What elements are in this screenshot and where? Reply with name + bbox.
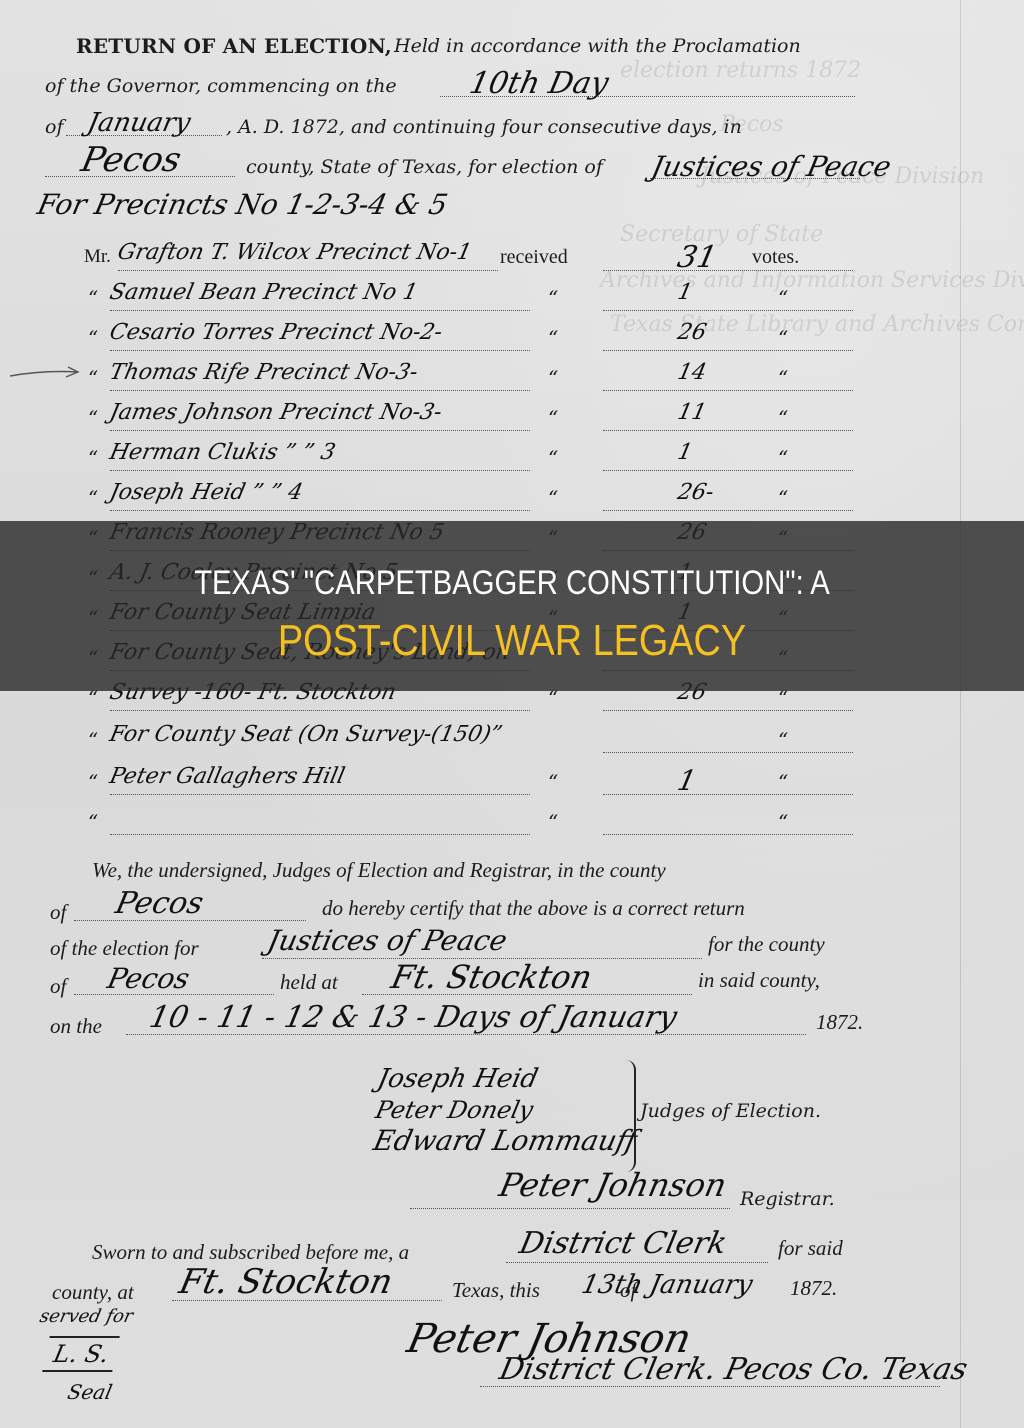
vote-count: 1 [675,440,694,465]
ditto-mark: “ [548,366,558,390]
heading-continuation: Held in accordance with the Proclamation [394,35,801,57]
certify-of-2: of [50,974,66,999]
candidate-name: Cesario Torres Precinct No-2- [107,320,444,345]
ditto-mark: “ [778,728,788,752]
fill-line [110,794,530,795]
registrar-label: Registrar. [740,1188,835,1210]
header-line-4: county, State of Texas, for election of [246,156,603,178]
vote-count: 1 [675,280,694,305]
vote-count: 14 [675,360,708,385]
fill-line [603,470,853,471]
ditto-mark: “ [88,446,98,470]
seal-note: L. S. [42,1336,120,1372]
ditto-mark: “ [88,770,98,794]
fill-line [603,390,853,391]
ditto-mark: “ [88,366,98,390]
table-row: “ For County Seat (On Survey-(150)” “ [88,722,828,762]
certify-of: of [50,900,66,925]
handwritten-county: Pecos [104,962,192,995]
fill-line [110,390,530,391]
fill-line [110,470,530,471]
ditto-mark: “ [88,810,98,834]
pencil-arrow-icon [8,366,80,380]
ditto-mark: “ [88,286,98,310]
title-overlay-band: TEXAS' "CARPETBAGGER CONSTITUTION": A PO… [0,521,1024,691]
ditto-mark: “ [778,366,788,390]
table-row: “ James Johnson Precinct No-3- “ 11 “ [88,400,828,440]
certify-line-3: of the election for [50,936,199,961]
judge-signature: Edward Lommauff [370,1124,639,1157]
ditto-mark: “ [88,486,98,510]
table-row: Grafton T. Wilcox Precinct No-1 31 [88,240,828,280]
document-heading: RETURN OF AN ELECTION, [76,34,392,58]
ditto-mark: “ [778,326,788,350]
seal-note: served for [38,1306,135,1327]
clerk-title: District Clerk. Pecos Co. Texas [496,1352,970,1387]
handwritten-place: Ft. Stockton [176,1262,396,1302]
ditto-mark: “ [778,286,788,310]
fill-line [110,430,530,431]
header-line-3-of: of [45,116,63,138]
header-line-2: of the Governor, commencing on the [45,75,397,97]
certify-line-1: We, the undersigned, Judges of Election … [92,858,666,883]
fill-line [110,350,530,351]
fill-line [603,510,853,511]
registrar-signature: Peter Johnson [496,1166,730,1204]
handwritten-month: January [85,108,193,138]
handwritten-day: 10th Day [466,66,611,101]
fill-line [603,270,853,271]
judge-signature: Joseph Heid [375,1064,541,1094]
page-edge-line [960,0,961,1428]
fill-line [603,834,853,835]
held-at-label: held at [280,970,338,995]
ditto-mark: “ [778,446,788,470]
table-row: “ Herman Clukis ” ” 3 “ 1 “ [88,440,828,480]
handwritten-county: Pecos [78,140,185,180]
of-label: of [620,1278,636,1303]
candidate-name: For County Seat (On Survey-(150)” [107,722,504,747]
ditto-mark: “ [88,326,98,350]
candidate-name: Joseph Heid ” ” 4 [107,480,305,505]
handwritten-office: Justices of Peace [264,924,510,957]
candidate-name: Peter Gallaghers Hill [107,764,347,789]
candidate-name: James Johnson Precinct No-3- [107,400,444,425]
ditto-mark: “ [88,728,98,752]
fill-line [110,710,530,711]
ditto-mark: “ [548,486,558,510]
fill-line [118,270,498,271]
ditto-mark: “ [548,810,558,834]
certify-line-4-end: in said county, [698,968,820,993]
handwritten-month: January [647,1270,755,1300]
vote-count: 26- [675,480,716,505]
header-line-3: , A. D. 1872, and continuing four consec… [226,116,742,138]
certify-line-3-end: for the county [708,932,825,957]
table-row: “ “ “ [88,804,828,844]
handwritten-place: Ft. Stockton [388,958,596,996]
handwritten-precincts: For Precincts No 1-2-3-4 & 5 [34,188,450,221]
sworn-line-2: county, at [52,1280,134,1305]
table-row: “ Cesario Torres Precinct No-2- “ 26 “ [88,320,828,360]
fill-line [110,834,530,835]
fill-line [110,510,530,511]
ditto-mark: “ [778,770,788,794]
ditto-mark: “ [548,770,558,794]
fill-line [603,350,853,351]
table-row: “ Thomas Rife Precinct No-3- “ 14 “ [88,360,828,400]
article-title-line-2: POST-CIVIL WAR LEGACY [72,616,953,666]
certify-line-2: do hereby certify that the above is a co… [322,896,745,921]
handwritten-title: District Clerk [516,1226,730,1261]
sworn-line-1-end: for said [778,1236,843,1261]
vote-count: 11 [675,400,708,425]
ditto-mark: “ [548,326,558,350]
handwritten-office: Justices of Peace [648,150,894,183]
ditto-mark: “ [548,406,558,430]
faint-note: election returns 1872 [620,58,861,83]
vote-count: 1 [674,764,699,797]
table-row: “ Joseph Heid ” ” 4 “ 26- “ [88,480,828,520]
sworn-year: 1872. [790,1276,837,1301]
fill-line [603,710,853,711]
fill-line [603,752,853,753]
texas-this-label: Texas, this [452,1278,540,1303]
vote-count: 26 [675,320,708,345]
ditto-mark: “ [548,286,558,310]
bracket [624,1060,636,1172]
judges-label: Judges of Election. [640,1100,821,1122]
fill-line [410,1208,730,1209]
seal-note: Seal [65,1380,114,1404]
ditto-mark: “ [548,446,558,470]
on-the-label: on the [50,1014,102,1039]
candidate-name: Herman Clukis ” ” 3 [107,440,337,465]
fill-line [506,1262,768,1263]
ditto-mark: “ [778,486,788,510]
fill-line [603,430,853,431]
handwritten-county: Pecos [112,886,206,921]
vote-count: 31 [674,240,720,275]
candidate-name: Samuel Bean Precinct No 1 [107,280,420,305]
certify-year: 1872. [816,1010,863,1035]
ditto-mark: “ [778,810,788,834]
table-row: “ Peter Gallaghers Hill “ 1 “ [88,764,828,804]
article-title-line-1: TEXAS' "CARPETBAGGER CONSTITUTION": A [72,564,953,603]
fill-line [603,794,853,795]
candidate-name: Grafton T. Wilcox Precinct No-1 [115,240,474,265]
ditto-mark: “ [778,406,788,430]
table-row: “ Samuel Bean Precinct No 1 “ 1 “ [88,280,828,320]
candidate-name: Thomas Rife Precinct No-3- [107,360,420,385]
handwritten-dates: 10 - 11 - 12 & 13 - Days of January [146,1000,680,1035]
fill-line [603,310,853,311]
fill-line [110,310,530,311]
judge-signature: Peter Donely [373,1096,536,1124]
ditto-mark: “ [88,406,98,430]
